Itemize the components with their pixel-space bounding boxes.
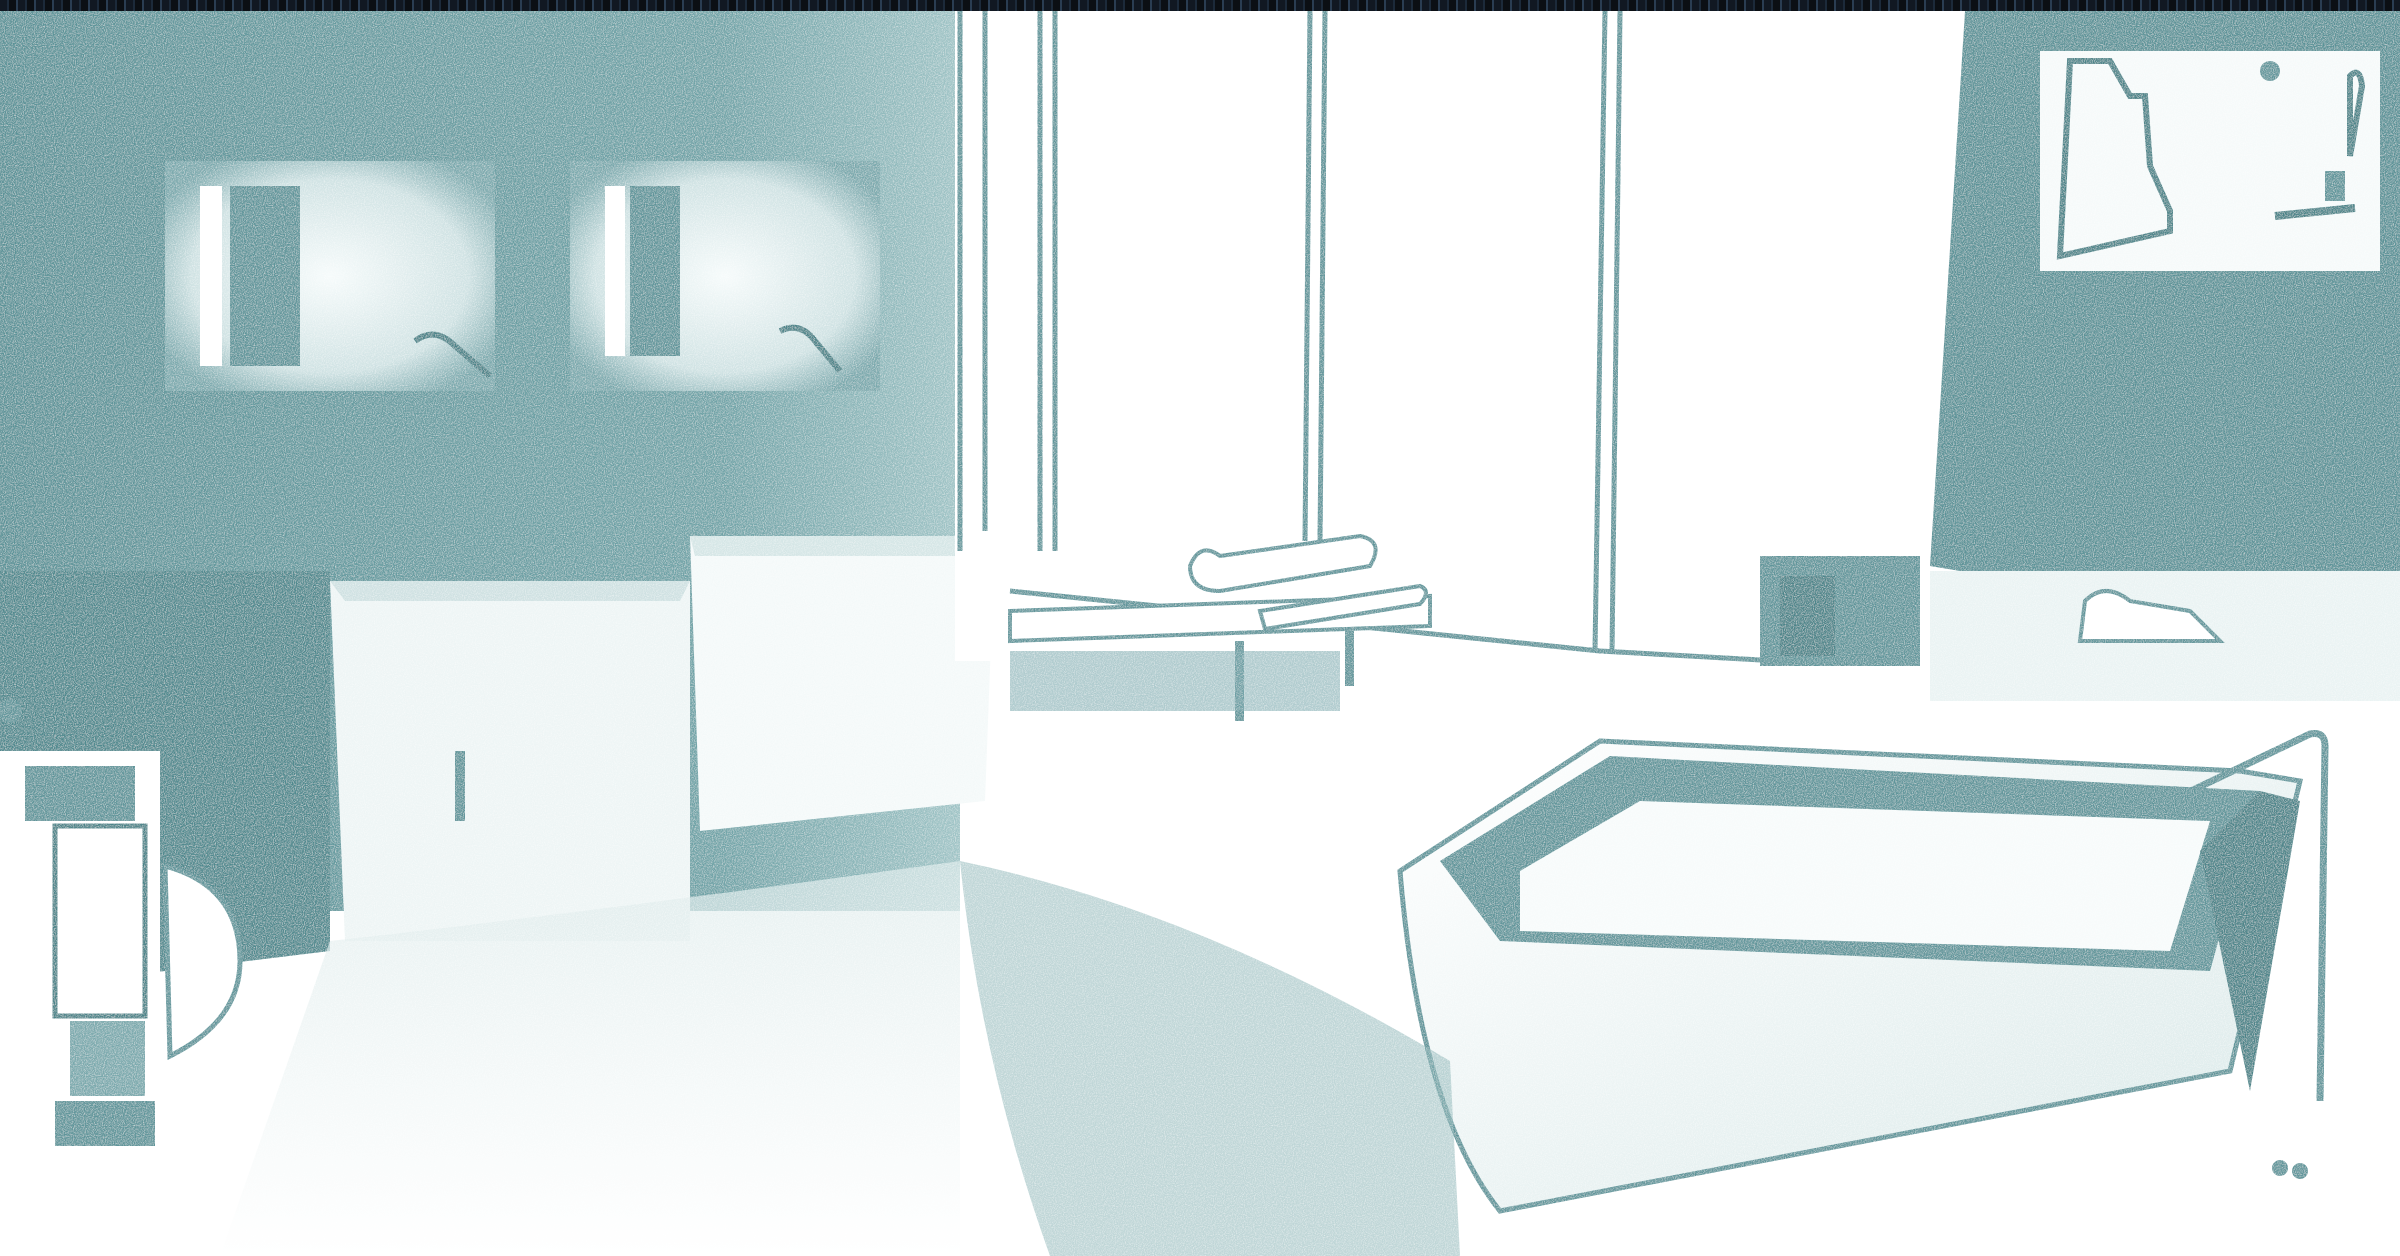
wall-mirror-right [570,161,880,391]
wall-mirror-left [165,161,495,391]
pedestal-sink-right [690,536,995,831]
framed-wall-artwork [2040,51,2380,271]
top-noise-band [0,0,2400,11]
pedestal-sink-left [330,581,690,941]
bathroom-photo [0,11,2400,1256]
